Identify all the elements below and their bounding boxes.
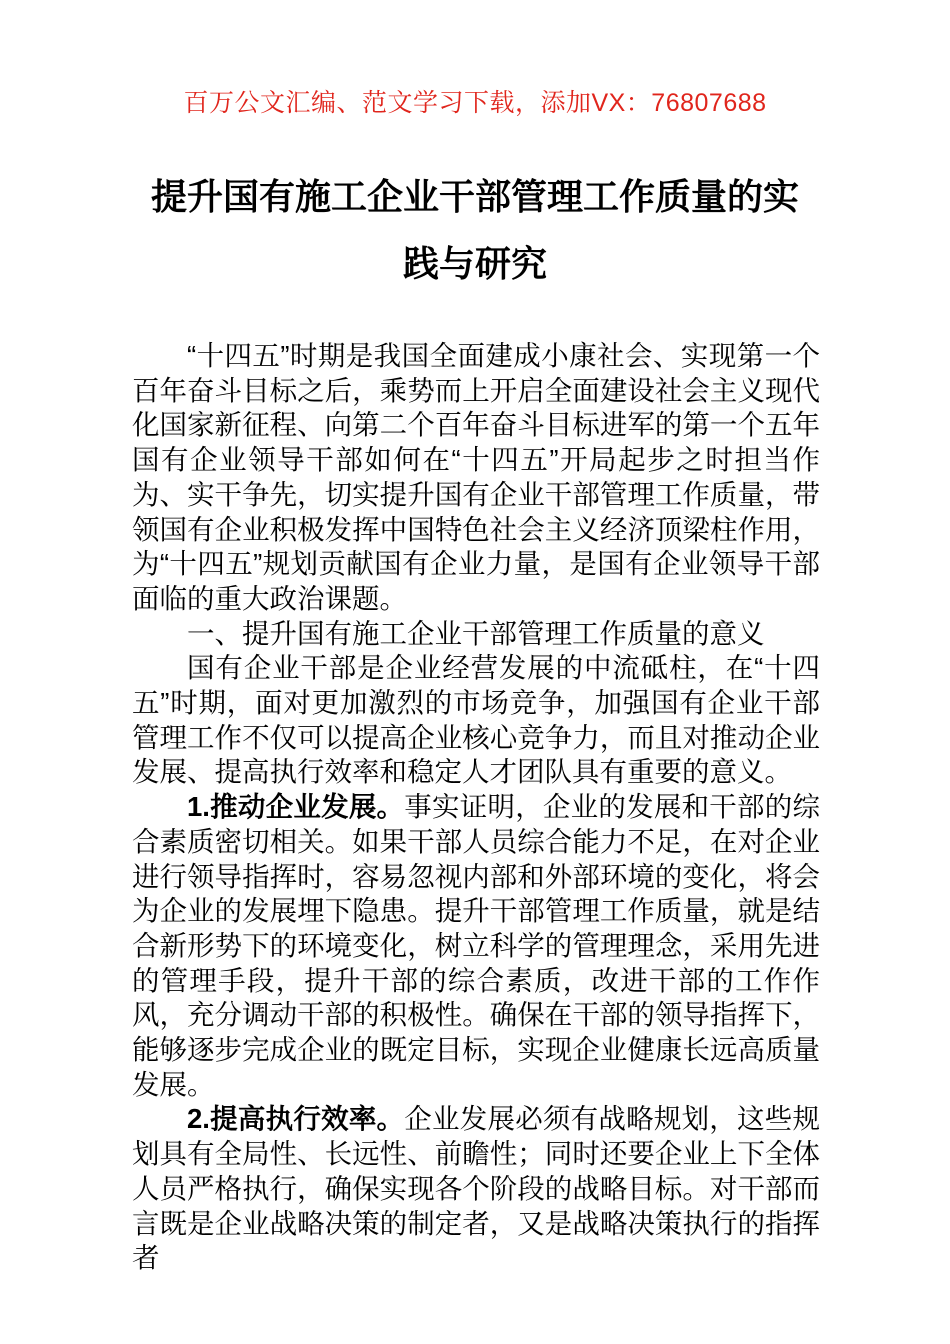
document-page: 百万公文汇编、范文学习下载，添加VX：76807688 提升国有施工企业干部管理… [0, 0, 950, 1344]
document-title: 提升国有施工企业干部管理工作质量的实践与研究 [150, 163, 800, 297]
promo-watermark-text: 百万公文汇编、范文学习下载，添加VX：76807688 [0, 83, 950, 119]
paragraph: “十四五”时期是我国全面建成小康社会、实现第一个百年奋斗目标之后，乘势而上开启全… [132, 339, 820, 617]
section-heading: 一、提升国有施工企业干部管理工作质量的意义 [132, 617, 820, 652]
paragraph: 1.推动企业发展。事实证明，企业的发展和干部的综合素质密切相关。如果干部人员综合… [132, 790, 820, 1102]
paragraph-lead-bold: 2.提高执行效率。 [187, 1103, 404, 1134]
document-body: “十四五”时期是我国全面建成小康社会、实现第一个百年奋斗目标之后，乘势而上开启全… [132, 339, 820, 1276]
paragraph: 2.提高执行效率。企业发展必须有战略规划，这些规划具有全局性、长远性、前瞻性；同… [132, 1102, 820, 1276]
paragraph: 国有企业干部是企业经营发展的中流砥柱，在“十四五”时期，面对更加激烈的市场竞争，… [132, 651, 820, 790]
paragraph-lead-bold: 1.推动企业发展。 [187, 791, 404, 822]
